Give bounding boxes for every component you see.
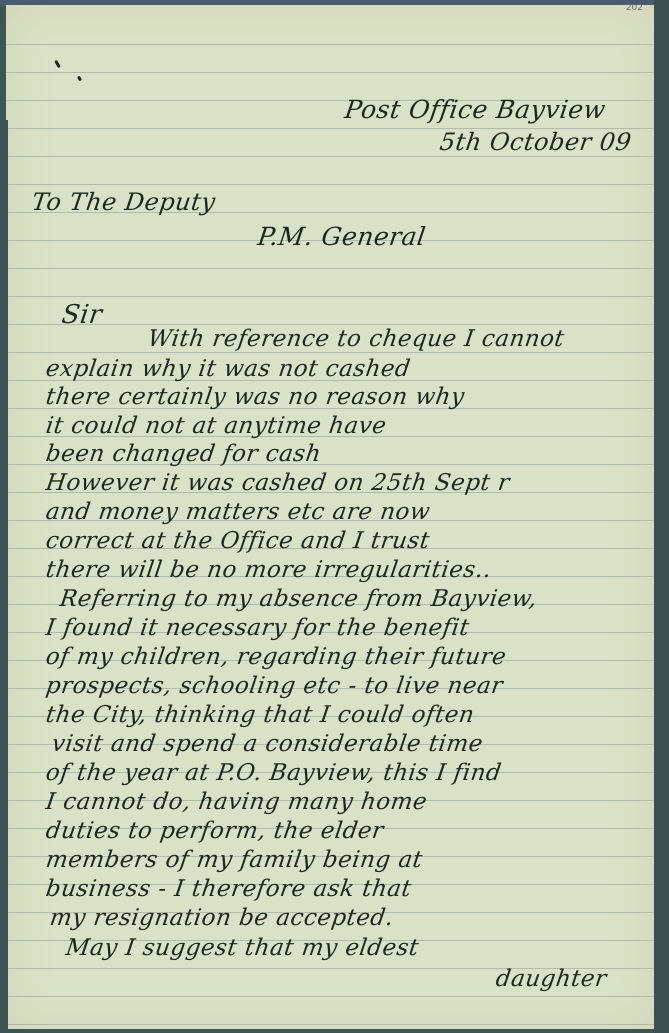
body-line: there will be no more irregularities.. [44, 557, 493, 583]
addressee-line-2: P.M. General [256, 222, 428, 251]
body-line: However it was cashed on 25th Sept r [44, 470, 511, 496]
letter-location: Post Office Bayview [343, 95, 608, 124]
body-line: of my children, regarding their future [44, 644, 508, 670]
body-line: been changed for cash [44, 441, 323, 467]
body-line: business - I therefore ask that [44, 876, 413, 902]
scan-left-border [0, 120, 8, 1033]
body-line: May I suggest that my eldest [64, 935, 420, 961]
body-line: explain why it was not cashed [44, 356, 412, 382]
body-line: of the year at P.O. Bayview, this I find [44, 760, 503, 786]
addressee-line-1: To The Deputy [30, 188, 217, 216]
body-line: I found it necessary for the benefit [44, 615, 471, 641]
body-line: correct at the Office and I trust [44, 528, 431, 554]
body-line: members of my family being at [44, 847, 424, 873]
salutation: Sir [60, 300, 104, 330]
body-line: With reference to cheque I cannot [146, 326, 566, 352]
body-line: Referring to my absence from Bayview, [58, 586, 539, 612]
body-line: I cannot do, having many home [44, 789, 429, 815]
letter-date: 5th October 09 [438, 128, 633, 156]
scan-right-border [654, 0, 669, 1033]
body-line: prospects, schooling etc - to live near [44, 673, 504, 699]
body-line-catchword: daughter [494, 966, 608, 992]
body-line: my resignation be accepted. [48, 905, 395, 931]
body-line: it could not at anytime have [44, 413, 388, 439]
page-number: 202 [626, 3, 643, 13]
body-line: the City, thinking that I could often [44, 702, 476, 728]
body-line: and money matters etc are now [44, 499, 432, 525]
body-line: there certainly was no reason why [44, 384, 466, 410]
body-line: duties to perform, the elder [44, 818, 385, 844]
body-line: visit and spend a considerable time [50, 731, 485, 757]
